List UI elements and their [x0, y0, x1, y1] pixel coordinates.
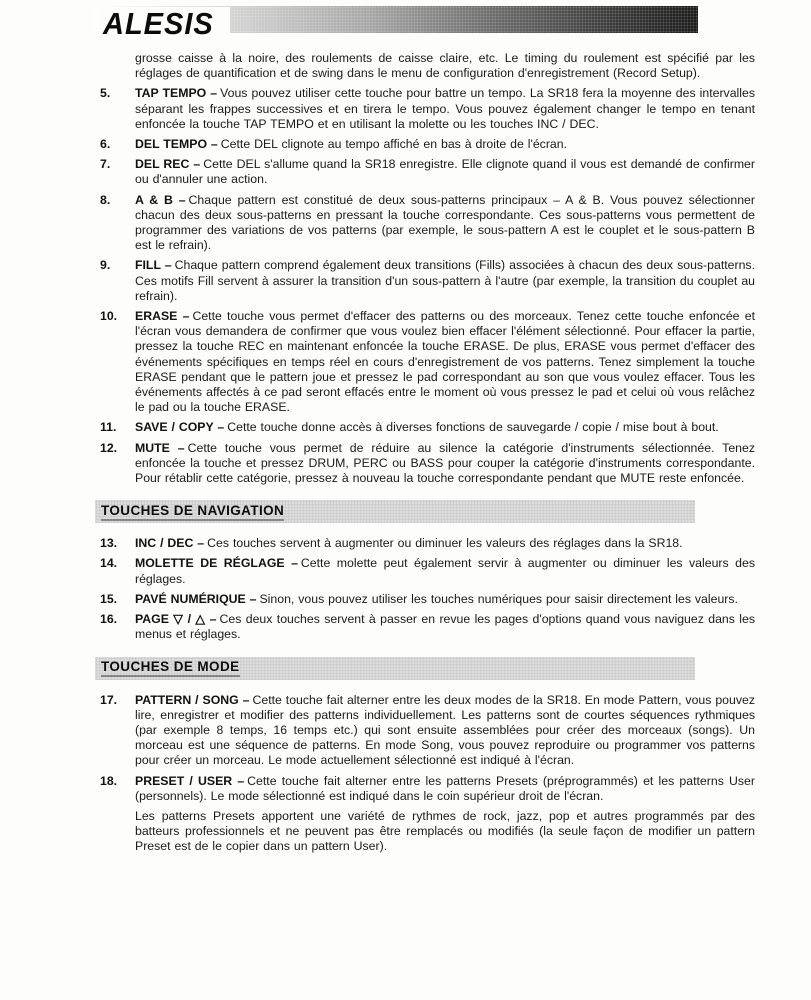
item-text: INC / DEC –Ces touches servent à augment… — [135, 536, 755, 551]
item-body: Cette touche vous permet de réduire au s… — [135, 441, 755, 485]
item-number: 17. — [100, 693, 135, 769]
item-body: Cette touche donne accès à diverses fonc… — [227, 420, 718, 434]
item-text: DEL REC –Cette DEL s'allume quand la SR1… — [135, 157, 755, 187]
item-text: DEL TEMPO –Cette DEL clignote au tempo a… — [135, 137, 755, 152]
item-label: PRESET / USER – — [135, 774, 244, 788]
item-number: 5. — [100, 86, 135, 132]
list-item: 11. SAVE / COPY –Cette touche donne accè… — [100, 420, 756, 435]
item-label: DEL REC – — [135, 157, 200, 171]
item-body: Ces touches servent à augmenter ou dimin… — [207, 536, 682, 550]
section-heading-navigation: TOUCHES DE NAVIGATION — [95, 500, 695, 523]
item-number: 10. — [100, 309, 135, 415]
item-number: 12. — [100, 441, 135, 487]
item-text: MUTE –Cette touche vous permet de réduir… — [135, 441, 755, 487]
list-item: 5. TAP TEMPO –Vous pouvez utiliser cette… — [100, 86, 756, 132]
item-body: Cette DEL s'allume quand la SR18 enregis… — [135, 157, 755, 186]
item-body: Ces deux touches servent à passer en rev… — [135, 612, 755, 641]
item-label: A & B – — [135, 193, 186, 207]
item-text: MOLETTE DE RÉGLAGE –Cette molette peut é… — [135, 556, 755, 586]
list-item: 14. MOLETTE DE RÉGLAGE –Cette molette pe… — [100, 556, 756, 586]
item-number: 14. — [100, 556, 135, 586]
list-item: 10. ERASE –Cette touche vous permet d'ef… — [100, 309, 756, 415]
item-label: PAGE ▽ / △ – — [135, 612, 217, 626]
list-item: 16. PAGE ▽ / △ –Ces deux touches servent… — [100, 612, 756, 642]
item-body: Chaque pattern est constitué de deux sou… — [135, 193, 755, 253]
list-item: 9. FILL –Chaque pattern comprend égaleme… — [100, 258, 756, 304]
item-number: 15. — [100, 592, 135, 607]
list-item: 17. PATTERN / SONG –Cette touche fait al… — [100, 693, 756, 769]
item-body: Sinon, vous pouvez utiliser les touches … — [259, 592, 737, 606]
list-item: 13. INC / DEC –Ces touches servent à aug… — [100, 536, 756, 551]
list-item: 6. DEL TEMPO –Cette DEL clignote au temp… — [100, 137, 756, 152]
item-number: 16. — [100, 612, 135, 642]
section-title: TOUCHES DE NAVIGATION — [101, 503, 284, 521]
list-item: 12. MUTE –Cette touche vous permet de ré… — [100, 441, 756, 487]
item-number: 18. — [100, 774, 135, 804]
item-text: A & B –Chaque pattern est constitué de d… — [135, 193, 755, 254]
item-text: FILL –Chaque pattern comprend également … — [135, 258, 755, 304]
page-content: grosse caisse à la noire, des roulements… — [100, 51, 756, 860]
item-label: MOLETTE DE RÉGLAGE – — [135, 556, 298, 570]
list-item: 18. PRESET / USER –Cette touche fait alt… — [100, 774, 756, 804]
item-label: TAP TEMPO – — [135, 86, 217, 100]
item-text: SAVE / COPY –Cette touche donne accès à … — [135, 420, 755, 435]
item-text: PATTERN / SONG –Cette touche fait altern… — [135, 693, 755, 769]
item-text: PAGE ▽ / △ –Ces deux touches servent à p… — [135, 612, 755, 642]
alesis-logo: ALESIS — [100, 7, 230, 45]
item-label: FILL – — [135, 258, 172, 272]
item-text: TAP TEMPO –Vous pouvez utiliser cette to… — [135, 86, 755, 132]
item-label: SAVE / COPY – — [135, 420, 224, 434]
item-label: INC / DEC – — [135, 536, 204, 550]
item-text: PRESET / USER –Cette touche fait alterne… — [135, 774, 755, 804]
list-item: 15. PAVÉ NUMÉRIQUE –Sinon, vous pouvez u… — [100, 592, 756, 607]
item-body: Cette touche vous permet d'effacer des p… — [135, 309, 755, 414]
item-label: MUTE – — [135, 441, 185, 455]
item-number: 6. — [100, 137, 135, 152]
item-text: ERASE –Cette touche vous permet d'efface… — [135, 309, 755, 415]
item-body: Vous pouvez utiliser cette touche pour b… — [135, 86, 755, 130]
item-text: PAVÉ NUMÉRIQUE –Sinon, vous pouvez utili… — [135, 592, 755, 607]
item-label: PATTERN / SONG – — [135, 693, 249, 707]
section-heading-mode: TOUCHES DE MODE — [95, 657, 695, 680]
preset-note-paragraph: Les patterns Presets apportent une varié… — [135, 809, 755, 855]
item-number: 11. — [100, 420, 135, 435]
item-number: 8. — [100, 193, 135, 254]
list-item: 7. DEL REC –Cette DEL s'allume quand la … — [100, 157, 756, 187]
manual-page: ALESIS grosse caisse à la noire, des rou… — [0, 0, 811, 1000]
item-number: 7. — [100, 157, 135, 187]
intro-paragraph: grosse caisse à la noire, des roulements… — [135, 51, 755, 81]
item-label: ERASE – — [135, 309, 189, 323]
item-body: Chaque pattern comprend également deux t… — [135, 258, 755, 302]
section-title: TOUCHES DE MODE — [101, 659, 240, 677]
item-body: Cette DEL clignote au tempo affiché en b… — [221, 137, 567, 151]
item-number: 9. — [100, 258, 135, 304]
item-label: DEL TEMPO – — [135, 137, 218, 151]
item-label: PAVÉ NUMÉRIQUE – — [135, 592, 256, 606]
item-number: 13. — [100, 536, 135, 551]
list-item: 8. A & B –Chaque pattern est constitué d… — [100, 193, 756, 254]
